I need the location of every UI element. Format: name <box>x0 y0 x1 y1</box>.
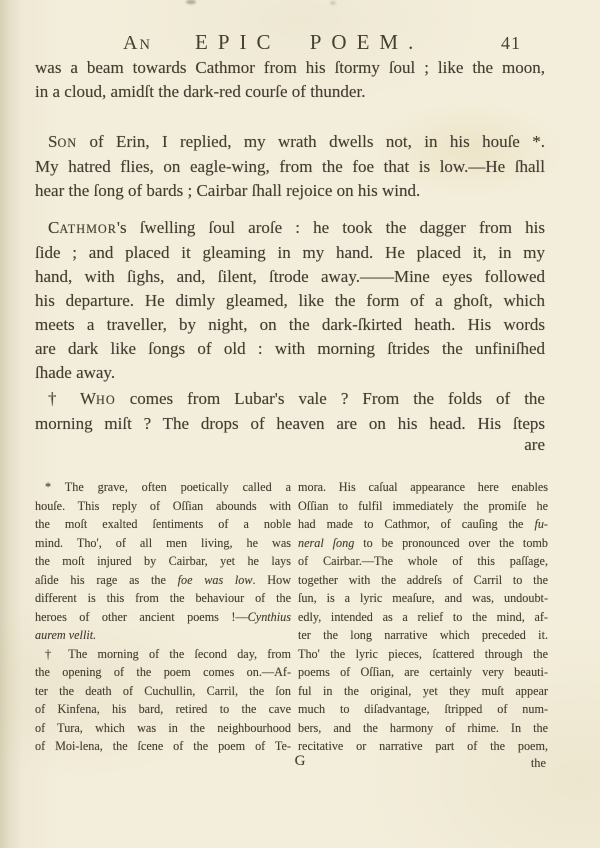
text-line: edly, intended as a relief to the mind, … <box>298 608 548 627</box>
header-title: EPIC POEM. <box>195 30 423 55</box>
text-line: had made to Cathmor, of cauſing the fu- <box>298 515 548 534</box>
page-number: 41 <box>501 33 521 54</box>
text-line: of Kinfena, his bard, retired to the cav… <box>35 700 291 719</box>
page-smudge <box>330 1 336 5</box>
text-line: much to diſadvantage, ſtripped of num- <box>298 700 548 719</box>
paragraph-son-of-erin: SON of Erin, I replied, my wrath dwells … <box>35 130 545 203</box>
text-line: ter the death of Cuchullin, Carril, the … <box>35 682 291 701</box>
running-header: AN EPIC POEM. 41 <box>35 30 547 58</box>
text-line: are dark like ſongs of old : with mornin… <box>35 337 545 361</box>
text-line: SON of Erin, I replied, my wrath dwells … <box>35 130 545 155</box>
text-line: different is this from the behaviour of … <box>35 589 291 608</box>
text-line: of Cairbar.—The whole of this paſſage, <box>298 552 548 571</box>
text-line: neral ſong to be pronounced over the tom… <box>298 534 548 553</box>
text-line: mora. His caſual appearance here enables <box>298 478 548 497</box>
text-line: CATHMOR's ſwelling ſoul aroſe : he took … <box>35 216 545 241</box>
text-line: the moſt injured by Cairbar, yet he lays <box>35 552 291 571</box>
text-line: morning miſt ? The drops of heaven are o… <box>35 412 545 436</box>
text-line: bers, and the harmony of rhime. In the <box>298 719 548 738</box>
page-smudge <box>186 0 196 4</box>
text-line: Oſſian to fulfil immediately the promiſe… <box>298 497 548 516</box>
text-line: poems of Oſſian, are certainly very beau… <box>298 663 548 682</box>
text-line: † WHO comes from Lubar's vale ? From the… <box>35 387 545 412</box>
header-an: AN <box>123 32 151 55</box>
text-line: meets a traveller, by night, on the dark… <box>35 313 545 337</box>
text-line: in a cloud, amidſt the dark-red courſe o… <box>35 80 545 104</box>
catchword-main: are <box>35 435 545 455</box>
text-line: hand, with ſighs, and, ſilent, ſtrode aw… <box>35 265 545 289</box>
text-line: * The grave, often poetically called a <box>35 478 291 497</box>
paragraph-who-comes: † WHO comes from Lubar's vale ? From the… <box>35 387 545 436</box>
text-line: aurem vellit. <box>35 626 291 645</box>
text-line: aſide his rage as the foe was low. How <box>35 571 291 590</box>
text-line: together with the addreſs of Carril to t… <box>298 571 548 590</box>
text-line: ter the long narrative which preceded it… <box>298 626 548 645</box>
footnote-column-left: * The grave, often poetically called aho… <box>35 478 291 756</box>
text-line: heroes of other ancient poems !—Cynthius <box>35 608 291 627</box>
text-line: hear the ſong of bards ; Cairbar ſhall r… <box>35 179 545 203</box>
text-line: My hatred flies, on eagle-wing, from the… <box>35 155 545 179</box>
text-line: † The morning of the ſecond day, from <box>35 645 291 664</box>
catchword-bottom: the <box>35 756 546 771</box>
footnote-column-right: mora. His caſual appearance here enables… <box>298 478 548 756</box>
text-line: ſide ; and placed it gleaming in my hand… <box>35 241 545 265</box>
paragraph-cathmor: CATHMOR's ſwelling ſoul aroſe : he took … <box>35 216 545 385</box>
text-line: ſhade away. <box>35 361 545 385</box>
book-page: AN EPIC POEM. 41 was a beam towards Cath… <box>0 0 600 848</box>
text-line: houſe. This reply of Oſſian abounds with <box>35 497 291 516</box>
text-line: mind. Tho', of all men living, he was <box>35 534 291 553</box>
text-line: of Tura, which was in the neighbourhood <box>35 719 291 738</box>
text-line: his departure. He dimly gleamed, like th… <box>35 289 545 313</box>
text-line: the moſt exalted ſentiments of a noble <box>35 515 291 534</box>
text-line: ſun, is a lyric meaſure, and was, undoub… <box>298 589 548 608</box>
text-line: was a beam towards Cathmor from his ſtor… <box>35 56 545 80</box>
text-line: the opening of the poem comes on.—Af- <box>35 663 291 682</box>
paragraph-continuation: was a beam towards Cathmor from his ſtor… <box>35 56 545 104</box>
text-line: ful in the original, yet they muſt appea… <box>298 682 548 701</box>
text-line: Tho' the lyric pieces, ſcattered through… <box>298 645 548 664</box>
